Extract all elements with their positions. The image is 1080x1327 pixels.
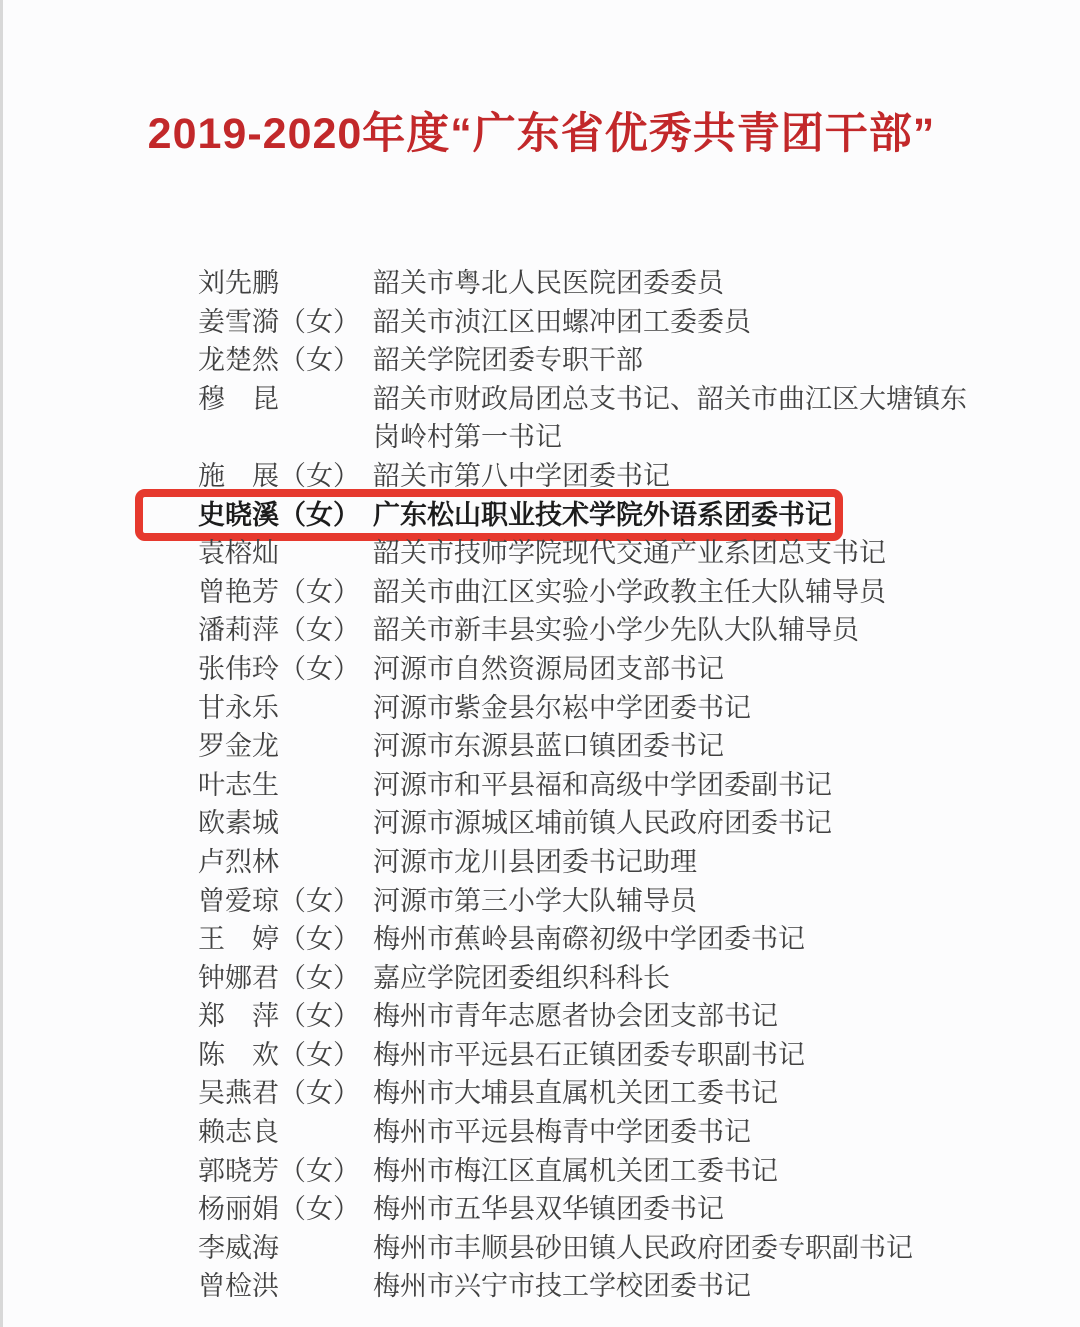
list-item: 曾爱琼（女） 河源市第三小学大队辅导员 [198, 882, 988, 921]
awardee-position: 梅州市蕉岭县南磜初级中学团委书记 [373, 920, 974, 959]
awardee-name: 刘先鹏 [198, 264, 373, 303]
awardee-position: 梅州市梅江区直属机关团工委书记 [373, 1152, 974, 1191]
awardee-position: 韶关市财政局团总支书记、韶关市曲江区大塘镇东岗岭村第一书记 [373, 380, 974, 457]
list-item: 龙楚然（女） 韶关学院团委专职干部 [198, 341, 988, 380]
list-item: 刘先鹏 韶关市粤北人民医院团委委员 [198, 264, 988, 303]
list-item: 杨丽娟（女） 梅州市五华县双华镇团委书记 [198, 1190, 988, 1229]
awardee-name: 欧素城 [198, 804, 373, 843]
list-item: 陈 欢（女） 梅州市平远县石正镇团委专职副书记 [198, 1036, 988, 1075]
awardee-name: 曾艳芳（女） [198, 573, 373, 612]
list-item: 曾艳芳（女） 韶关市曲江区实验小学政教主任大队辅导员 [198, 573, 988, 612]
awardee-position: 梅州市五华县双华镇团委书记 [373, 1190, 974, 1229]
list-item: 罗金龙 河源市东源县蓝口镇团委书记 [198, 727, 988, 766]
awardee-name: 吴燕君（女） [198, 1074, 373, 1113]
list-item: 潘莉萍（女） 韶关市新丰县实验小学少先队大队辅导员 [198, 611, 988, 650]
awardee-position: 梅州市平远县梅青中学团委书记 [373, 1113, 974, 1152]
awardee-name: 曾检洪 [198, 1267, 373, 1306]
awardee-position: 韶关市技师学院现代交通产业系团总支书记 [373, 534, 974, 573]
awardee-name: 叶志生 [198, 766, 373, 805]
awardee-name: 潘莉萍（女） [198, 611, 373, 650]
awardee-name: 甘永乐 [198, 689, 373, 728]
awardee-name: 李威海 [198, 1229, 373, 1268]
list-item: 张伟玲（女） 河源市自然资源局团支部书记 [198, 650, 988, 689]
awardee-position: 韶关市第八中学团委书记 [373, 457, 974, 496]
list-item: 欧素城 河源市源城区埔前镇人民政府团委书记 [198, 804, 988, 843]
awardee-position: 嘉应学院团委组织科科长 [373, 959, 974, 998]
awardee-name: 张伟玲（女） [198, 650, 373, 689]
list-item: 穆 昆 韶关市财政局团总支书记、韶关市曲江区大塘镇东岗岭村第一书记 [198, 380, 988, 457]
awardee-position: 河源市东源县蓝口镇团委书记 [373, 727, 974, 766]
awardee-name: 史晓溪（女） [198, 496, 373, 535]
awardee-name: 曾爱琼（女） [198, 882, 373, 921]
list-item: 姜雪漪（女） 韶关市浈江区田螺冲团工委委员 [198, 303, 988, 342]
awardee-position: 河源市和平县福和高级中学团委副书记 [373, 766, 974, 805]
list-item: 袁榕灿 韶关市技师学院现代交通产业系团总支书记 [198, 534, 988, 573]
list-item: 李威海 梅州市丰顺县砂田镇人民政府团委专职副书记 [198, 1229, 988, 1268]
awardee-name: 龙楚然（女） [198, 341, 373, 380]
list-item: 钟娜君（女） 嘉应学院团委组织科科长 [198, 959, 988, 998]
list-item: 甘永乐 河源市紫金县尔崧中学团委书记 [198, 689, 988, 728]
awardee-name: 赖志良 [198, 1113, 373, 1152]
awardee-position: 河源市源城区埔前镇人民政府团委书记 [373, 804, 974, 843]
list-item: 卢烈林 河源市龙川县团委书记助理 [198, 843, 988, 882]
awardee-position: 梅州市大埔县直属机关团工委书记 [373, 1074, 974, 1113]
list-item: 叶志生 河源市和平县福和高级中学团委副书记 [198, 766, 988, 805]
awardee-position: 韶关市浈江区田螺冲团工委委员 [373, 303, 974, 342]
list-item: 郑 萍（女） 梅州市青年志愿者协会团支部书记 [198, 997, 988, 1036]
awardee-name: 钟娜君（女） [198, 959, 373, 998]
awardee-list: 刘先鹏 韶关市粤北人民医院团委委员 姜雪漪（女） 韶关市浈江区田螺冲团工委委员 … [198, 264, 988, 1306]
awardee-position: 韶关市粤北人民医院团委委员 [373, 264, 974, 303]
awardee-position: 韶关学院团委专职干部 [373, 341, 974, 380]
awardee-position: 河源市紫金县尔崧中学团委书记 [373, 689, 974, 728]
awardee-name: 陈 欢（女） [198, 1036, 373, 1075]
awardee-position: 韶关市曲江区实验小学政教主任大队辅导员 [373, 573, 974, 612]
awardee-name: 郭晓芳（女） [198, 1152, 373, 1191]
awardee-position: 梅州市青年志愿者协会团支部书记 [373, 997, 974, 1036]
awardee-position: 梅州市兴宁市技工学校团委书记 [373, 1267, 974, 1306]
awardee-name: 王 婷（女） [198, 920, 373, 959]
awardee-name: 郑 萍（女） [198, 997, 373, 1036]
awardee-position: 韶关市新丰县实验小学少先队大队辅导员 [373, 611, 974, 650]
awardee-position: 梅州市丰顺县砂田镇人民政府团委专职副书记 [373, 1229, 974, 1268]
awardee-position: 河源市自然资源局团支部书记 [373, 650, 974, 689]
awardee-position: 河源市第三小学大队辅导员 [373, 882, 974, 921]
awardee-name: 罗金龙 [198, 727, 373, 766]
awardee-name: 卢烈林 [198, 843, 373, 882]
awardee-position: 广东松山职业技术学院外语系团委书记 [373, 496, 974, 535]
awardee-position: 梅州市平远县石正镇团委专职副书记 [373, 1036, 974, 1075]
awardee-name: 施 展（女） [198, 457, 373, 496]
list-item: 赖志良 梅州市平远县梅青中学团委书记 [198, 1113, 988, 1152]
list-item: 吴燕君（女） 梅州市大埔县直属机关团工委书记 [198, 1074, 988, 1113]
list-item: 史晓溪（女） 广东松山职业技术学院外语系团委书记 [198, 496, 988, 535]
list-item: 施 展（女） 韶关市第八中学团委书记 [198, 457, 988, 496]
list-item: 曾检洪 梅州市兴宁市技工学校团委书记 [198, 1267, 988, 1306]
list-item: 郭晓芳（女） 梅州市梅江区直属机关团工委书记 [198, 1152, 988, 1191]
list-item: 王 婷（女） 梅州市蕉岭县南磜初级中学团委书记 [198, 920, 988, 959]
awardee-name: 袁榕灿 [198, 534, 373, 573]
awardee-position: 河源市龙川县团委书记助理 [373, 843, 974, 882]
page-title: 2019-2020年度“广东省优秀共青团干部” [3, 108, 1080, 160]
awardee-name: 杨丽娟（女） [198, 1190, 373, 1229]
awardee-name: 姜雪漪（女） [198, 303, 373, 342]
awardee-name: 穆 昆 [198, 380, 373, 457]
